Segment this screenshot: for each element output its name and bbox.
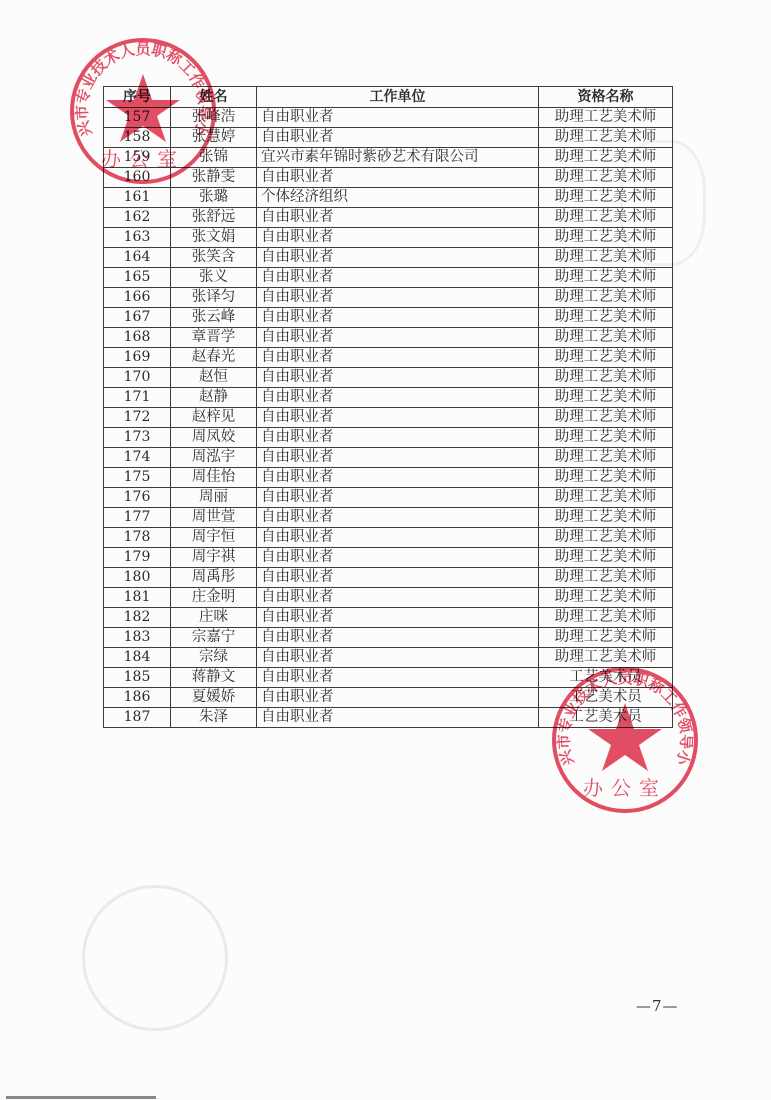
serial-number-cell: 178 [104,528,171,548]
table-row: 158张慧婷自由职业者助理工艺美术师 [104,128,673,148]
name-cell: 赵静 [171,388,257,408]
table-row: 159张锦宜兴市素年锦时紫砂艺术有限公司助理工艺美术师 [104,148,673,168]
serial-number-cell: 185 [104,668,171,688]
work-unit-cell: 自由职业者 [257,408,539,428]
name-cell: 张云峰 [171,308,257,328]
name-cell: 张慧婷 [171,128,257,148]
page-number: —7— [636,997,679,1015]
name-cell: 周泓宇 [171,448,257,468]
serial-number-cell: 187 [104,708,171,728]
table-row: 162张舒远自由职业者助理工艺美术师 [104,208,673,228]
table-row: 185蒋静文自由职业者工艺美术员 [104,668,673,688]
table-row: 184宗绿自由职业者助理工艺美术师 [104,648,673,668]
serial-number-cell: 169 [104,348,171,368]
qualification-cell: 助理工艺美术师 [539,188,673,208]
serial-number-cell: 173 [104,428,171,448]
qualification-cell: 助理工艺美术师 [539,468,673,488]
work-unit-cell: 自由职业者 [257,648,539,668]
serial-number-cell: 177 [104,508,171,528]
name-cell: 张锦 [171,148,257,168]
name-cell: 宗嘉宁 [171,628,257,648]
name-cell: 张舒远 [171,208,257,228]
qualification-cell: 助理工艺美术师 [539,628,673,648]
serial-number-cell: 171 [104,388,171,408]
name-cell: 宗绿 [171,648,257,668]
serial-number-cell: 176 [104,488,171,508]
qualification-cell: 助理工艺美术师 [539,128,673,148]
serial-number-cell: 157 [104,108,171,128]
qualification-cell: 助理工艺美术师 [539,208,673,228]
name-cell: 周禹彤 [171,568,257,588]
table-row: 171赵静自由职业者助理工艺美术师 [104,388,673,408]
work-unit-cell: 自由职业者 [257,248,539,268]
qualification-cell: 助理工艺美术师 [539,648,673,668]
table-row: 181庄金明自由职业者助理工艺美术师 [104,588,673,608]
work-unit-cell: 自由职业者 [257,608,539,628]
qualification-cell: 助理工艺美术师 [539,508,673,528]
qualification-cell: 助理工艺美术师 [539,288,673,308]
work-unit-cell: 自由职业者 [257,448,539,468]
serial-number-cell: 166 [104,288,171,308]
work-unit-cell: 自由职业者 [257,388,539,408]
name-cell: 庄咪 [171,608,257,628]
work-unit-cell: 自由职业者 [257,508,539,528]
table-row: 173周凤姣自由职业者助理工艺美术师 [104,428,673,448]
table-row: 165张义自由职业者助理工艺美术师 [104,268,673,288]
name-cell: 张璐 [171,188,257,208]
work-unit-cell: 自由职业者 [257,548,539,568]
name-cell: 夏媛娇 [171,688,257,708]
name-cell: 张笑含 [171,248,257,268]
qualification-cell: 助理工艺美术师 [539,548,673,568]
table-row: 182庄咪自由职业者助理工艺美术师 [104,608,673,628]
column-header-serial-number: 序号 [104,87,171,108]
qualification-cell: 助理工艺美术师 [539,568,673,588]
work-unit-cell: 自由职业者 [257,428,539,448]
serial-number-cell: 182 [104,608,171,628]
work-unit-cell: 自由职业者 [257,688,539,708]
serial-number-cell: 183 [104,628,171,648]
serial-number-cell: 186 [104,688,171,708]
serial-number-cell: 168 [104,328,171,348]
serial-number-cell: 158 [104,128,171,148]
work-unit-cell: 自由职业者 [257,488,539,508]
work-unit-cell: 自由职业者 [257,468,539,488]
work-unit-cell: 自由职业者 [257,588,539,608]
table-row: 178周宇恒自由职业者助理工艺美术师 [104,528,673,548]
table-row: 183宗嘉宁自由职业者助理工艺美术师 [104,628,673,648]
name-cell: 周丽 [171,488,257,508]
column-header-work-unit: 工作单位 [257,87,539,108]
name-cell: 张译匀 [171,288,257,308]
table-row: 167张云峰自由职业者助理工艺美术师 [104,308,673,328]
serial-number-cell: 184 [104,648,171,668]
work-unit-cell: 自由职业者 [257,668,539,688]
table-row: 161张璐个体经济组织助理工艺美术师 [104,188,673,208]
table-row: 179周宇祺自由职业者助理工艺美术师 [104,548,673,568]
work-unit-cell: 自由职业者 [257,288,539,308]
name-cell: 蒋静文 [171,668,257,688]
serial-number-cell: 161 [104,188,171,208]
name-cell: 赵春光 [171,348,257,368]
qualification-cell: 助理工艺美术师 [539,448,673,468]
work-unit-cell: 自由职业者 [257,348,539,368]
work-unit-cell: 自由职业者 [257,528,539,548]
qualification-cell: 助理工艺美术师 [539,348,673,368]
qualification-cell: 助理工艺美术师 [539,368,673,388]
serial-number-cell: 180 [104,568,171,588]
serial-number-cell: 181 [104,588,171,608]
name-cell: 赵恒 [171,368,257,388]
column-header-qualification: 资格名称 [539,87,673,108]
work-unit-cell: 自由职业者 [257,308,539,328]
name-cell: 周世萱 [171,508,257,528]
work-unit-cell: 自由职业者 [257,628,539,648]
work-unit-cell: 自由职业者 [257,708,539,728]
name-cell: 周宇恒 [171,528,257,548]
name-cell: 赵梓见 [171,408,257,428]
work-unit-cell: 自由职业者 [257,328,539,348]
name-cell: 张静雯 [171,168,257,188]
table-body: 157张峰浩自由职业者助理工艺美术师158张慧婷自由职业者助理工艺美术师159张… [104,108,673,728]
name-cell: 张峰浩 [171,108,257,128]
table-row: 163张文娟自由职业者助理工艺美术师 [104,228,673,248]
table-row: 166张译匀自由职业者助理工艺美术师 [104,288,673,308]
table-row: 157张峰浩自由职业者助理工艺美术师 [104,108,673,128]
table-header-row: 序号 姓名 工作单位 资格名称 [104,87,673,108]
qualification-cell: 助理工艺美术师 [539,488,673,508]
faint-bleedthrough-stamp [82,885,228,1031]
serial-number-cell: 165 [104,268,171,288]
qualification-cell: 工艺美术员 [539,708,673,728]
serial-number-cell: 179 [104,548,171,568]
qualification-cell: 助理工艺美术师 [539,428,673,448]
work-unit-cell: 宜兴市素年锦时紫砂艺术有限公司 [257,148,539,168]
work-unit-cell: 自由职业者 [257,568,539,588]
qualification-cell: 助理工艺美术师 [539,528,673,548]
serial-number-cell: 160 [104,168,171,188]
qualification-cell: 助理工艺美术师 [539,308,673,328]
qualification-cell: 助理工艺美术师 [539,408,673,428]
qualification-cell: 助理工艺美术师 [539,148,673,168]
qualification-cell: 助理工艺美术师 [539,108,673,128]
table-row: 170赵恒自由职业者助理工艺美术师 [104,368,673,388]
serial-number-cell: 172 [104,408,171,428]
table-row: 180周禹彤自由职业者助理工艺美术师 [104,568,673,588]
table-row: 175周佳怡自由职业者助理工艺美术师 [104,468,673,488]
qualification-cell: 助理工艺美术师 [539,228,673,248]
serial-number-cell: 167 [104,308,171,328]
work-unit-cell: 自由职业者 [257,368,539,388]
table-row: 176周丽自由职业者助理工艺美术师 [104,488,673,508]
name-cell: 周佳怡 [171,468,257,488]
work-unit-cell: 自由职业者 [257,128,539,148]
table-row: 172赵梓见自由职业者助理工艺美术师 [104,408,673,428]
seal-bottom-text: 办公室 [583,776,667,800]
table-row: 169赵春光自由职业者助理工艺美术师 [104,348,673,368]
qualification-cell: 工艺美术员 [539,688,673,708]
qualification-roster-table: 序号 姓名 工作单位 资格名称 157张峰浩自由职业者助理工艺美术师158张慧婷… [103,86,673,728]
qualification-cell: 助理工艺美术师 [539,328,673,348]
table-row: 164张笑含自由职业者助理工艺美术师 [104,248,673,268]
qualification-cell: 助理工艺美术师 [539,608,673,628]
qualification-cell: 工艺美术员 [539,668,673,688]
name-cell: 朱泽 [171,708,257,728]
qualification-cell: 助理工艺美术师 [539,268,673,288]
serial-number-cell: 164 [104,248,171,268]
table-row: 174周泓宇自由职业者助理工艺美术师 [104,448,673,468]
qualification-cell: 助理工艺美术师 [539,388,673,408]
qualification-cell: 助理工艺美术师 [539,168,673,188]
table-row: 177周世萱自由职业者助理工艺美术师 [104,508,673,528]
name-cell: 章晋学 [171,328,257,348]
column-header-name: 姓名 [171,87,257,108]
work-unit-cell: 自由职业者 [257,208,539,228]
work-unit-cell: 自由职业者 [257,108,539,128]
table-row: 160张静雯自由职业者助理工艺美术师 [104,168,673,188]
table-row: 187朱泽自由职业者工艺美术员 [104,708,673,728]
qualification-cell: 助理工艺美术师 [539,588,673,608]
serial-number-cell: 175 [104,468,171,488]
qualification-cell: 助理工艺美术师 [539,248,673,268]
name-cell: 张文娟 [171,228,257,248]
serial-number-cell: 170 [104,368,171,388]
serial-number-cell: 162 [104,208,171,228]
serial-number-cell: 174 [104,448,171,468]
scan-edge-line [6,1096,156,1099]
work-unit-cell: 自由职业者 [257,168,539,188]
work-unit-cell: 个体经济组织 [257,188,539,208]
table-row: 186夏媛娇自由职业者工艺美术员 [104,688,673,708]
table-row: 168章晋学自由职业者助理工艺美术师 [104,328,673,348]
work-unit-cell: 自由职业者 [257,268,539,288]
name-cell: 庄金明 [171,588,257,608]
name-cell: 周宇祺 [171,548,257,568]
serial-number-cell: 163 [104,228,171,248]
name-cell: 张义 [171,268,257,288]
document-page: 序号 姓名 工作单位 资格名称 157张峰浩自由职业者助理工艺美术师158张慧婷… [0,0,771,1100]
work-unit-cell: 自由职业者 [257,228,539,248]
serial-number-cell: 159 [104,148,171,168]
name-cell: 周凤姣 [171,428,257,448]
